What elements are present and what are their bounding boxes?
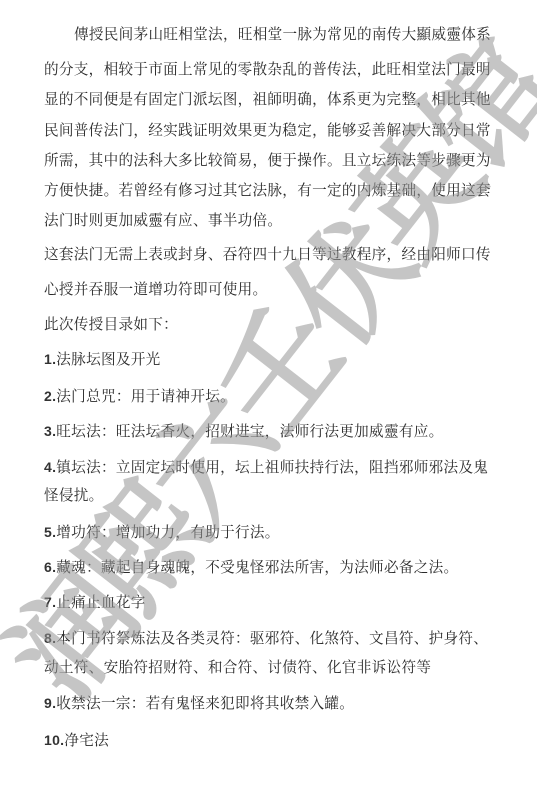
item-number: 5. — [44, 524, 56, 540]
intro-line: 所需，其中的法科大多比较简易，便于操作。且立坛练法等步骤更为 — [44, 152, 484, 170]
item-number: 2. — [44, 388, 56, 404]
list-item: 1.法脉坛图及开光 — [44, 350, 484, 369]
paragraph-line: 这套法门无需上表或封身、吞符四十九日等过教程序，经由阳师口传 — [44, 246, 484, 264]
item-text: 法脉坛图及开光 — [56, 351, 160, 368]
list-item: 9.收禁法一宗：若有鬼怪来犯即将其收禁入罐。 — [44, 694, 484, 713]
intro-line: 傳授民间茅山旺相堂法，旺相堂一脉为常见的南传大顯威靈体系 — [74, 26, 514, 44]
item-text: 净宅法 — [64, 732, 109, 749]
item-text: 镇坛法：立固定坛时使用，坛上祖师扶持行法，阻挡邪师邪法及鬼 — [56, 459, 488, 476]
item-number: 4. — [44, 459, 56, 475]
item-text: 藏魂：藏起自身魂魄，不受鬼怪邪法所害，为法师必备之法。 — [56, 559, 458, 576]
list-item: 7.止痛止血花字 — [44, 593, 484, 612]
item-number: 3. — [44, 423, 56, 439]
list-item: 6.藏魂：藏起自身魂魄，不受鬼怪邪法所害，为法师必备之法。 — [44, 558, 484, 577]
item-number: 1. — [44, 351, 56, 367]
item-text: 止痛止血花字 — [56, 594, 145, 611]
list-item: 5.增功符：增加功力，有助于行法。 — [44, 523, 484, 542]
item-number: 10. — [44, 732, 64, 748]
list-item: 2.法门总咒：用于请神开坛。 — [44, 387, 484, 406]
list-item: 8.本门书符祭炼法及各类灵符：驱邪符、化煞符、文昌符、护身符、 — [44, 629, 484, 648]
list-item-continuation: 动土符、安胎符招财符、和合符、讨债符、化官非诉讼符等 — [44, 659, 484, 677]
intro-line: 的分支，相较于市面上常见的零散杂乱的普传法，此旺相堂法门最明 — [44, 61, 484, 79]
item-number: 7. — [44, 594, 56, 610]
list-item: 4.镇坛法：立固定坛时使用，坛上祖师扶持行法，阻挡邪师邪法及鬼 — [44, 458, 484, 477]
item-number: 9. — [44, 695, 56, 711]
intro-line: 显的不同便是有固定门派坛图，祖師明确，体系更为完整，相比其他 — [44, 91, 484, 109]
list-item: 3.旺坛法：旺法坛香火，招财进宝，法师行法更加威靈有应。 — [44, 422, 484, 441]
intro-line: 民间普传法门，经实践证明效果更为稳定，能够妥善解决大部分日常 — [44, 122, 484, 140]
document-page: 傳授民间茅山旺相堂法，旺相堂一脉为常见的南传大顯威靈体系 的分支，相较于市面上常… — [0, 0, 537, 800]
item-number: 6. — [44, 559, 56, 575]
intro-line: 方便快捷。若曾经有修习过其它法脉，有一定的内炼基础，使用这套 — [44, 182, 484, 200]
intro-line: 法门时则更加威靈有应、事半功倍。 — [44, 212, 484, 230]
list-heading: 此次传授目录如下： — [44, 316, 484, 334]
item-text: 增功符：增加功力，有助于行法。 — [56, 524, 279, 541]
item-text: 旺坛法：旺法坛香火，招财进宝，法师行法更加威靈有应。 — [56, 423, 443, 440]
list-item-continuation: 怪侵扰。 — [44, 487, 484, 505]
item-number: 8. — [44, 630, 56, 646]
item-text: 法门总咒：用于请神开坛。 — [56, 388, 235, 405]
paragraph-line: 心授并吞服一道增功符即可使用。 — [44, 281, 484, 299]
item-text: 收禁法一宗：若有鬼怪来犯即将其收禁入罐。 — [56, 695, 354, 712]
item-text: 本门书符祭炼法及各类灵符：驱邪符、化煞符、文昌符、护身符、 — [56, 630, 488, 647]
list-item: 10.净宅法 — [44, 731, 484, 750]
